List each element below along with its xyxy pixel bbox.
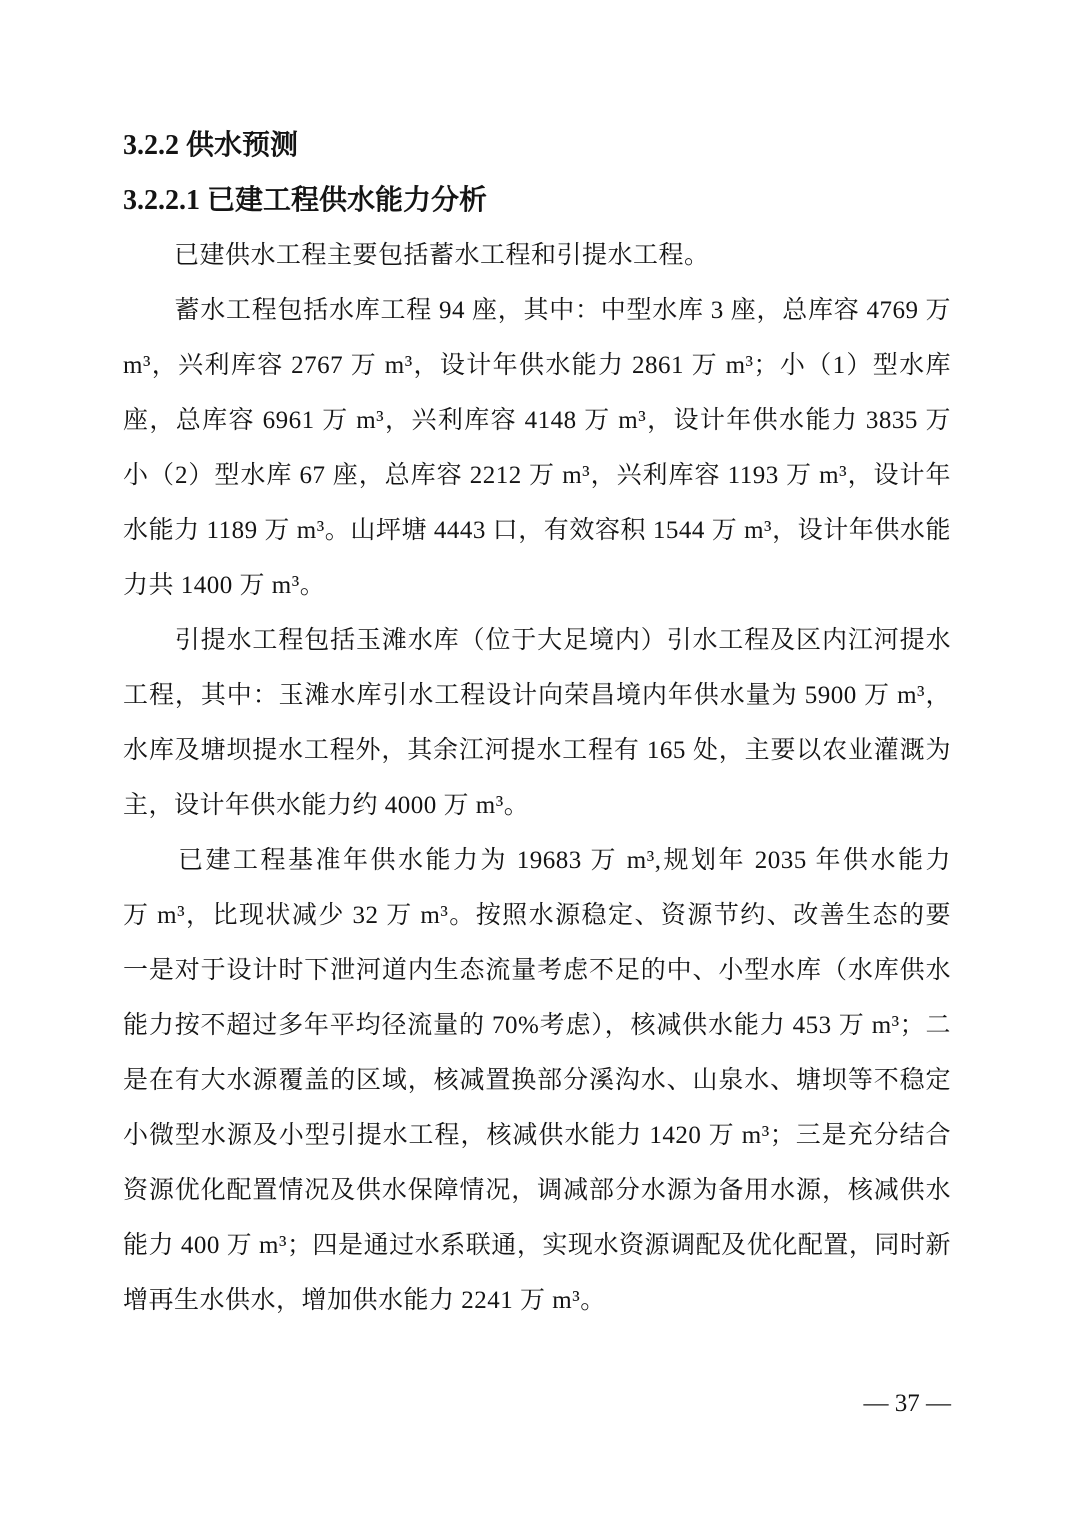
document-page: 3.2.2 供水预测3.2.2.1 已建工程供水能力分析 已建供水工程主要包括蓄… [0,0,1074,1520]
text-line: 座，总库容 6961 万 m³，兴利库容 4148 万 m³，设计年供水能力 3… [123,393,951,448]
text-line: 小微型水源及小型引提水工程，核减供水能力 1420 万 m³；三是充分结合水 [123,1108,951,1163]
text-line: 工程，其中：玉滩水库引水工程设计向荣昌境内年供水量为 5900 万 m³，除 [123,668,951,723]
text-line: 资源优化配置情况及供水保障情况，调减部分水源为备用水源，核减供水 [123,1163,951,1218]
text-line: 主，设计年供水能力约 4000 万 m³。 [123,778,951,833]
paragraph: 蓄水工程包括水库工程 94 座，其中：中型水库 3 座，总库容 4769 万m³… [123,283,951,613]
text-line: 能力 400 万 m³；四是通过水系联通，实现水资源调配及优化配置，同时新 [123,1218,951,1273]
text-line: m³，兴利库容 2767 万 m³，设计年供水能力 2861 万 m³；小（1）… [123,338,951,393]
section-heading: 3.2.2 供水预测 [123,118,951,173]
text-line: 水库及塘坝提水工程外，其余江河提水工程有 165 处，主要以农业灌溉为 [123,723,951,778]
text-line: 万 m³，比现状减少 32 万 m³。按照水源稳定、资源节约、改善生态的要求， [123,888,951,943]
text-line: 已建供水工程主要包括蓄水工程和引提水工程。 [123,228,951,283]
paragraph: 已建工程基准年供水能力为 19683 万 m³,规划年 2035 年供水能力 1… [123,833,951,1328]
text-line: 已建工程基准年供水能力为 19683 万 m³,规划年 2035 年供水能力 1… [123,833,951,888]
text-line: 能力按不超过多年平均径流量的 70%考虑），核减供水能力 453 万 m³；二 [123,998,951,1053]
text-line: 引提水工程包括玉滩水库（位于大足境内）引水工程及区内江河提水 [123,613,951,668]
document-body: 3.2.2 供水预测3.2.2.1 已建工程供水能力分析 已建供水工程主要包括蓄… [123,118,951,1328]
text-line: 力共 1400 万 m³。 [123,558,951,613]
text-line: 水能力 1189 万 m³。山坪塘 4443 口，有效容积 1544 万 m³，… [123,503,951,558]
text-line: 蓄水工程包括水库工程 94 座，其中：中型水库 3 座，总库容 4769 万 [123,283,951,338]
text-line: 一是对于设计时下泄河道内生态流量考虑不足的中、小型水库（水库供水 [123,943,951,998]
paragraph: 引提水工程包括玉滩水库（位于大足境内）引水工程及区内江河提水工程，其中：玉滩水库… [123,613,951,833]
paragraph: 已建供水工程主要包括蓄水工程和引提水工程。 [123,228,951,283]
text-line: 小（2）型水库 67 座，总库容 2212 万 m³，兴利库容 1193 万 m… [123,448,951,503]
page-number: — 37 — [864,1386,952,1422]
text-line: 增再生水供水，增加供水能力 2241 万 m³。 [123,1273,951,1328]
text-line: 是在有大水源覆盖的区域，核减置换部分溪沟水、山泉水、塘坝等不稳定 [123,1053,951,1108]
subsection-heading: 3.2.2.1 已建工程供水能力分析 [123,173,951,228]
